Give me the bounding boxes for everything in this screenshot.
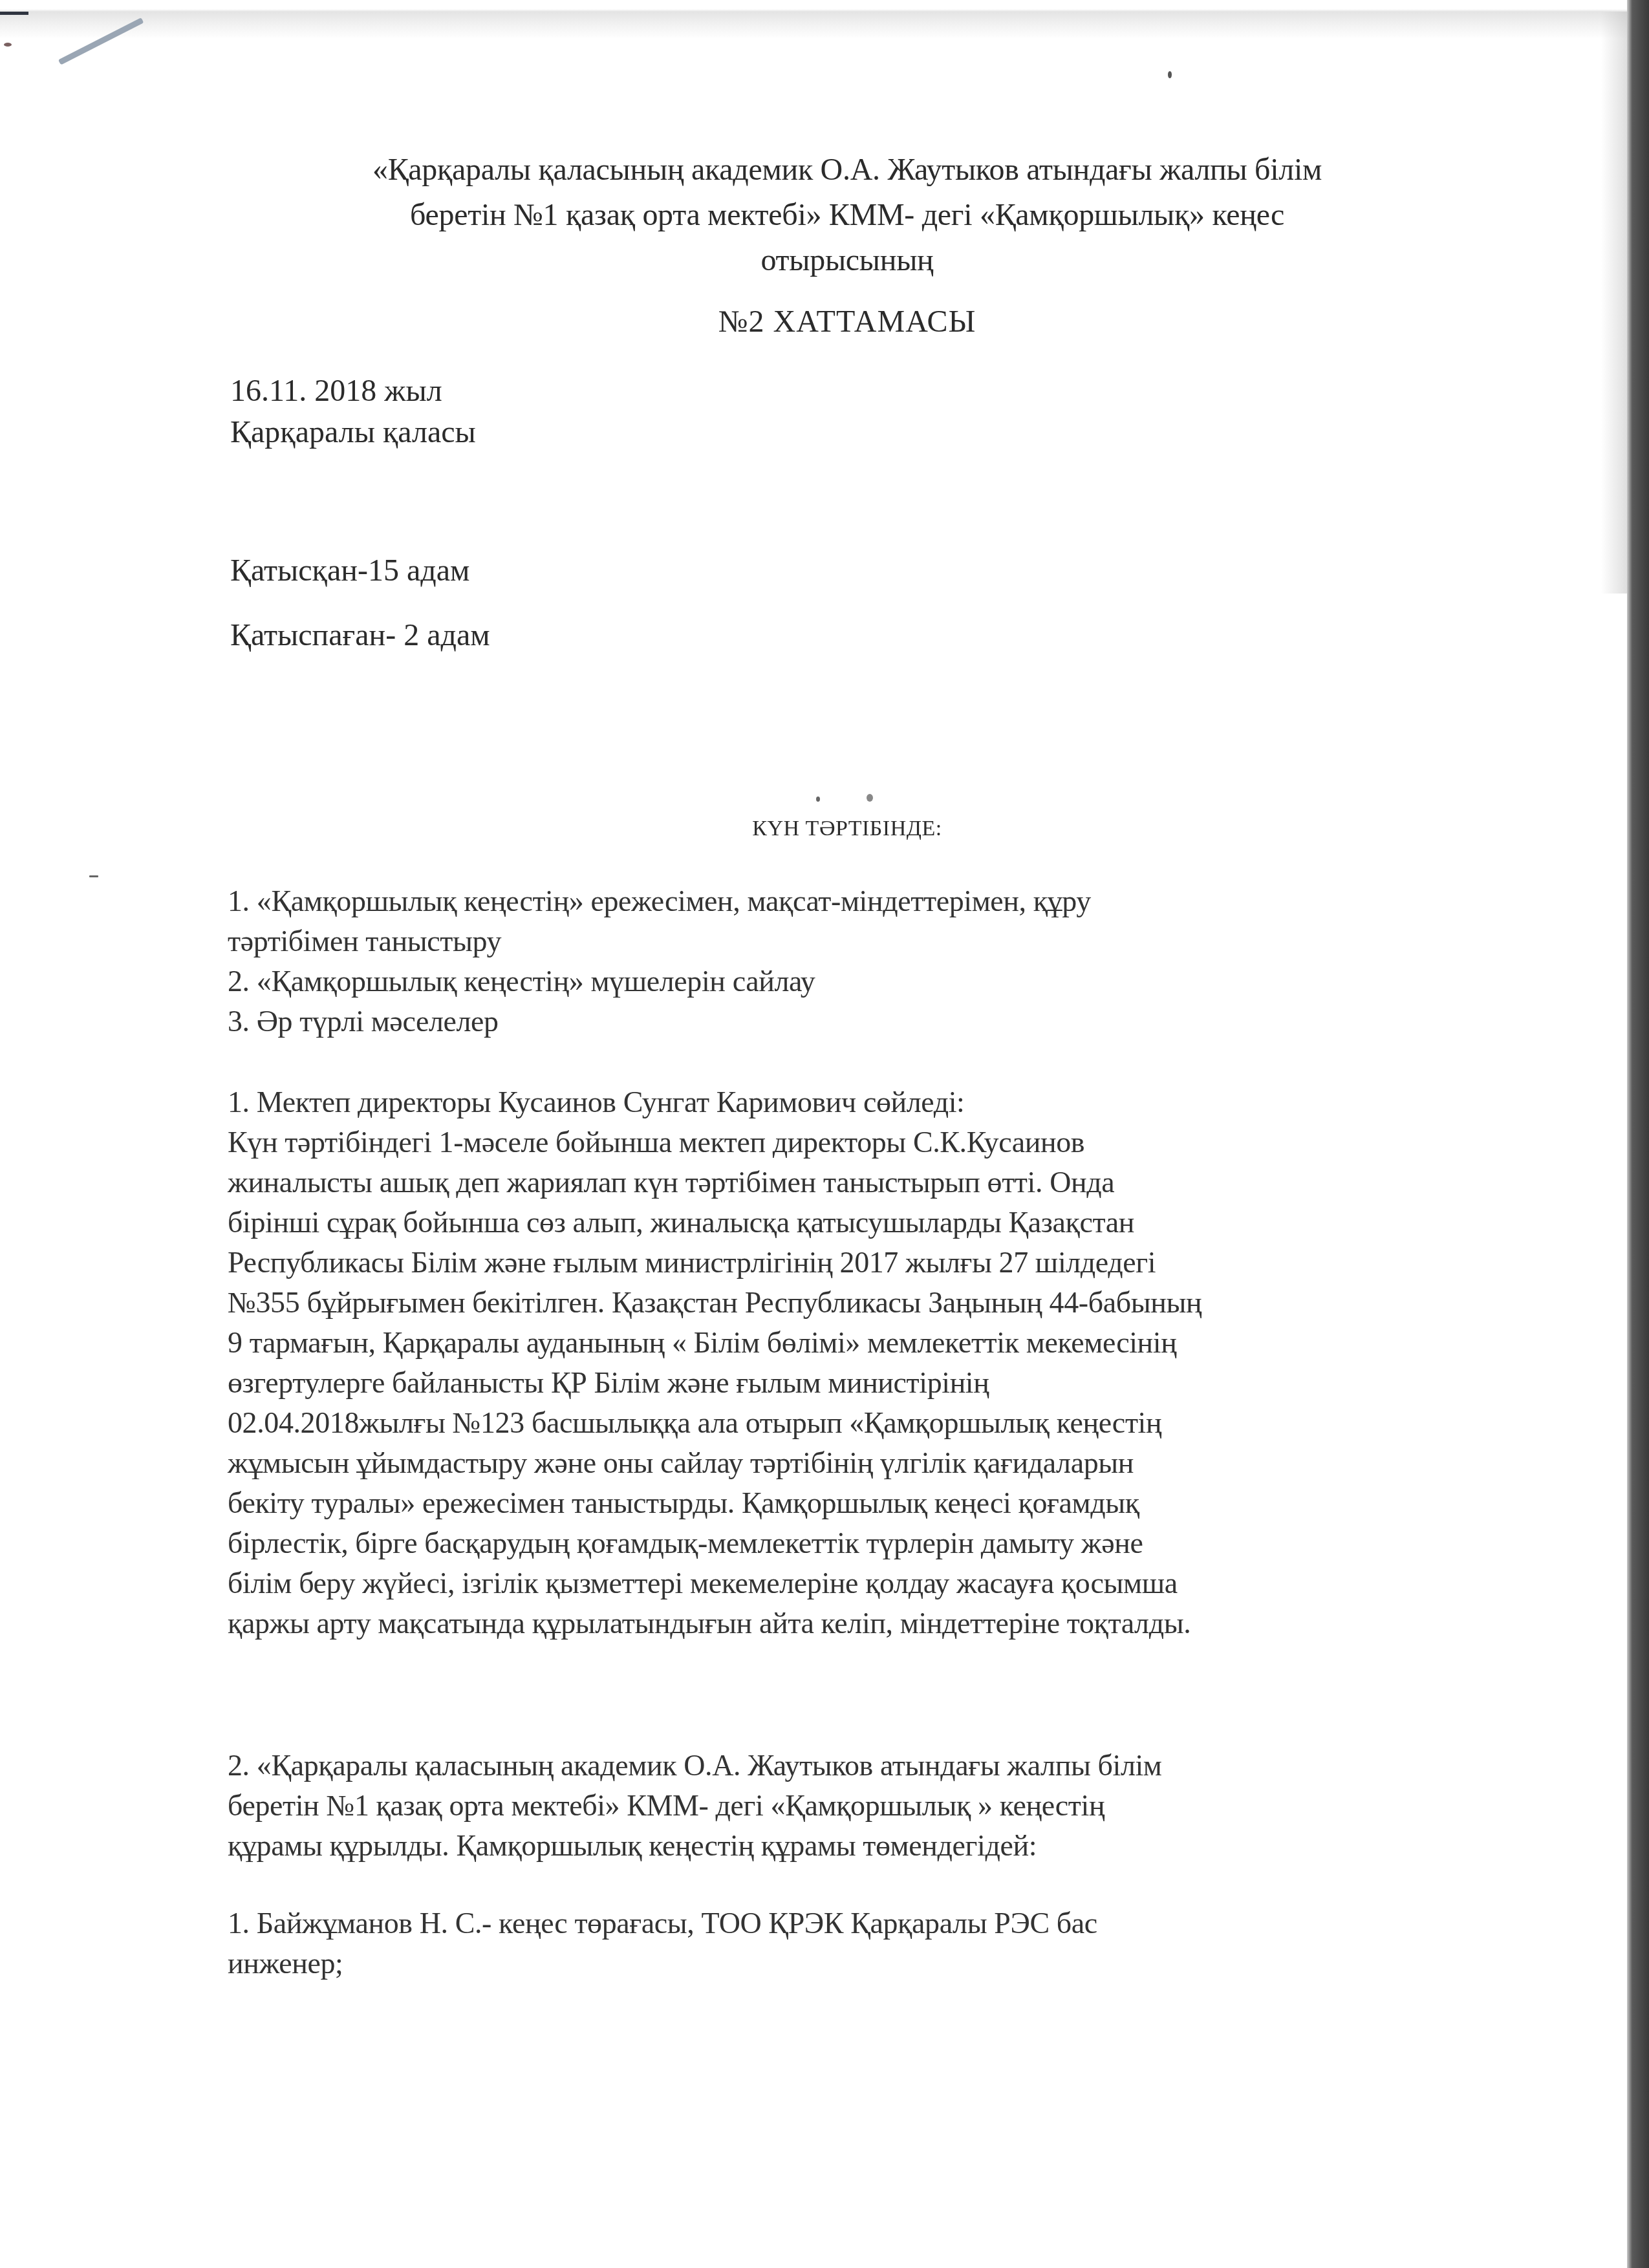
meeting-date: 16.11. 2018 жыл	[230, 371, 442, 411]
scanner-right-fade	[1601, 12, 1627, 594]
paragraph-line: 1. Мектеп директоры Кусаинов Сунгат Кари…	[228, 1082, 1495, 1122]
title-line: беретін №1 қазақ орта мектебі» КММ- дегі…	[220, 193, 1474, 238]
paragraph-line: қаржы арту мақсатында құрылатындығын айт…	[228, 1603, 1495, 1643]
paragraph-line: 9 тармағын, Қарқаралы ауданының « Білім …	[228, 1323, 1495, 1363]
agenda-item: 3. Әр түрлі мәселелер	[228, 1001, 1495, 1042]
member-item: 1. Байжұманов Н. С.- кеңес төрағасы, ТОО…	[228, 1903, 1495, 1984]
agenda-list: 1. «Қамқоршылық кеңестің» ережесімен, ма…	[228, 881, 1495, 1042]
member-list: 1. Байжұманов Н. С.- кеңес төрағасы, ТОО…	[228, 1903, 1495, 1984]
paragraph-line: Күн тәртібіндегі 1-мәселе бойынша мектеп…	[228, 1122, 1495, 1162]
ink-speck	[89, 875, 98, 877]
document-title: «Қарқаралы қаласының академик О.А. Жауты…	[220, 147, 1474, 283]
title-line: «Қарқаралы қаласының академик О.А. Жауты…	[220, 147, 1474, 193]
attendance-absent: Қатыспаған- 2 адам	[230, 615, 490, 656]
paragraph-line: жұмысын ұйымдастыру және оны сайлау тәрт…	[228, 1443, 1495, 1483]
attendance-present: Қатысқан-15 адам	[230, 551, 469, 591]
paragraph-line: Республикасы Білім және ғылым министрліг…	[228, 1243, 1495, 1283]
ink-speck	[867, 794, 873, 802]
paragraph-line: беретін №1 қазақ орта мектебі» КММ- дегі…	[228, 1786, 1495, 1826]
section-1-paragraph: 1. Мектеп директоры Кусаинов Сунгат Кари…	[228, 1082, 1495, 1643]
paragraph-line: білім беру жүйесі, ізгілік қызметтері ме…	[228, 1563, 1495, 1603]
paragraph-line: бірінші сұрақ бойынша сөз алып, жиналысқ…	[228, 1203, 1495, 1243]
paragraph-line: 2. «Қарқаралы қаласының академик О.А. Жа…	[228, 1746, 1495, 1786]
agenda-heading: КҮН ТӘРТІБІНДЕ:	[220, 816, 1474, 842]
agenda-item: тәртібімен таныстыру	[228, 921, 1495, 961]
member-line: инженер;	[228, 1943, 1495, 1984]
ink-speck	[4, 43, 12, 47]
meeting-place: Қарқаралы қаласы	[230, 412, 476, 453]
paragraph-line: жиналысты ашық деп жариялап күн тәртібім…	[228, 1162, 1495, 1203]
protocol-number: №2 ХАТТАМАСЫ	[220, 303, 1474, 341]
paragraph-line: 02.04.2018жылғы №123 басшылыққа ала отыр…	[228, 1403, 1495, 1443]
paragraph-line: құрамы құрылды. Қамқоршылық кеңестің құр…	[228, 1826, 1495, 1866]
ink-speck	[816, 797, 820, 802]
paragraph-line: өзгертулерге байланысты ҚР Білім және ғы…	[228, 1363, 1495, 1403]
scanner-top-shadow	[0, 0, 1649, 39]
paragraph-line: №355 бұйрығымен бекітілген. Қазақстан Ре…	[228, 1283, 1495, 1323]
paragraph-line: бекіту туралы» ережесімен таныстырды. Қа…	[228, 1483, 1495, 1523]
scanner-left-mark	[0, 12, 28, 15]
ink-speck	[1168, 71, 1172, 78]
agenda-item: 1. «Қамқоршылық кеңестің» ережесімен, ма…	[228, 881, 1495, 921]
title-line: отырысының	[220, 238, 1474, 283]
agenda-item: 2. «Қамқоршылық кеңестің» мүшелерін сайл…	[228, 961, 1495, 1001]
scanner-right-edge	[1627, 0, 1649, 2268]
paragraph-line: бірлестік, бірге басқарудың қоғамдық-мем…	[228, 1523, 1495, 1563]
member-line: 1. Байжұманов Н. С.- кеңес төрағасы, ТОО…	[228, 1903, 1495, 1943]
section-2-paragraph: 2. «Қарқаралы қаласының академик О.А. Жа…	[228, 1746, 1495, 1866]
